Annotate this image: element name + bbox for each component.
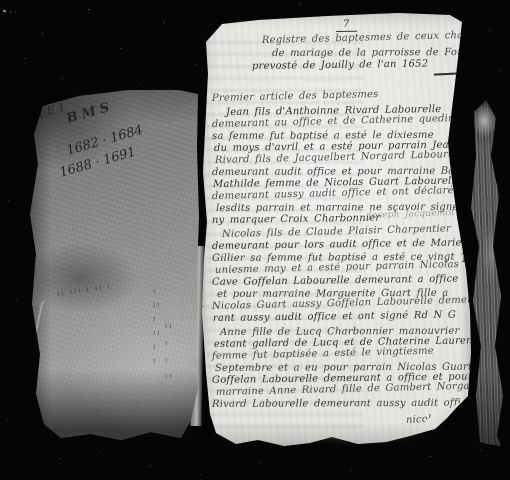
- archival-scan: 1 E 1 B M S 1682 · 1684 1688 · 1691 ıı ı…: [0, 0, 510, 480]
- cover-scribble-row: ıı ııı ı ıı ı: [57, 282, 113, 298]
- year-underline: [434, 72, 460, 75]
- cover-series-bms: B M S: [65, 100, 111, 126]
- margin-mark: ı: [203, 384, 206, 394]
- margin-number: 1: [460, 252, 469, 265]
- scratch-mark: [3, 10, 7, 13]
- dust-speckles: [0, 0, 1, 1]
- cover-scribble-column: ı ıı ı ıı ı ı: [153, 284, 163, 368]
- margin-mark: ʃ: [202, 208, 204, 218]
- record-line: demeurant pour lors audit office et de M…: [212, 239, 462, 252]
- record-line: Rivard Labourelle demeurant aussy audit …: [212, 399, 473, 410]
- book-spine-edge: [470, 96, 506, 448]
- page-number: 7: [336, 20, 357, 32]
- record-line: rant aussy audit office et ont signé Rd …: [213, 311, 456, 324]
- book-cover: 1 E 1 B M S 1682 · 1684 1688 · 1691 ıı ı…: [29, 88, 199, 440]
- cover-cote: 1 E 1: [35, 100, 66, 120]
- faint-signature: Joseph Jacquemot: [368, 209, 455, 221]
- cover-scribble-column: ıı ı ı ıı: [165, 318, 173, 385]
- record-line: Cave Goffelan Labourelle demeurant a off…: [212, 275, 459, 288]
- header-line: prevosté de Jouilly de l'an 1652: [252, 60, 428, 72]
- cover-crease-fold: [20, 300, 51, 400]
- manuscript-page: 7 Registre des baptesmes de ceux chacun …: [200, 12, 472, 450]
- header-line: de mariage de la parroisse de Forge: [272, 48, 475, 59]
